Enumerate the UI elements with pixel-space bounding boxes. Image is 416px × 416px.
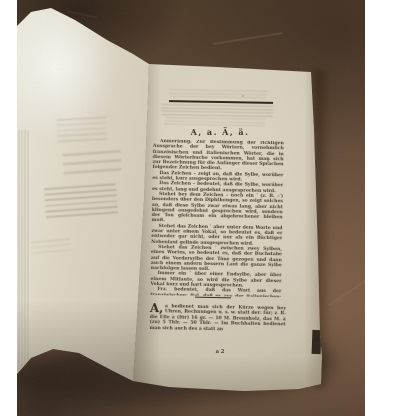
wood-scratch <box>329 279 365 306</box>
show-through-text-block <box>169 89 267 101</box>
wood-scratch <box>213 33 282 45</box>
dictionary-entry: A,a bedienet man sich der Kürze wegen be… <box>150 304 286 333</box>
body-paragraph: Stehet das Zeichen ʹ aber unter dem Wort… <box>151 224 282 247</box>
body-paragraph: Stehet das Zeichen ʹ zwischen zwey Sylbe… <box>151 245 282 274</box>
foxing-speck <box>242 95 244 97</box>
show-through-text-block <box>165 117 265 127</box>
show-through-title-block <box>62 150 121 176</box>
body-text: Anmerkung. Zur Bestimmung der richtigen … <box>150 139 284 297</box>
foxing-speck <box>267 160 269 162</box>
show-through-text-block <box>44 184 118 219</box>
show-through-text-block <box>161 104 273 118</box>
entry-separator-rule <box>195 297 231 299</box>
book-cover-edge <box>312 330 322 354</box>
body-paragraph: Stehet bey dem Zeichen – noch ein ʹ (z. … <box>152 192 284 226</box>
section-heading: A, a. Ä, ä. <box>155 127 285 137</box>
show-through-text-block <box>56 117 107 146</box>
wood-scratch <box>67 11 97 18</box>
photo-of-open-book: A, a. Ä, ä. Anmerkung. Zur Bestimmung de… <box>17 0 365 416</box>
foxing-speck <box>187 230 189 232</box>
entry-dropcap: A, <box>150 304 164 313</box>
body-paragraph: Frz. bedeutet, daß das Wort aus der fran… <box>150 287 281 297</box>
body-paragraph: Anmerkung. Zur Bestimmung der richtigen … <box>152 139 284 173</box>
entry-text: a bedienet man sich der Kürze wegen bey … <box>150 304 286 332</box>
show-through-text-block <box>31 238 72 254</box>
